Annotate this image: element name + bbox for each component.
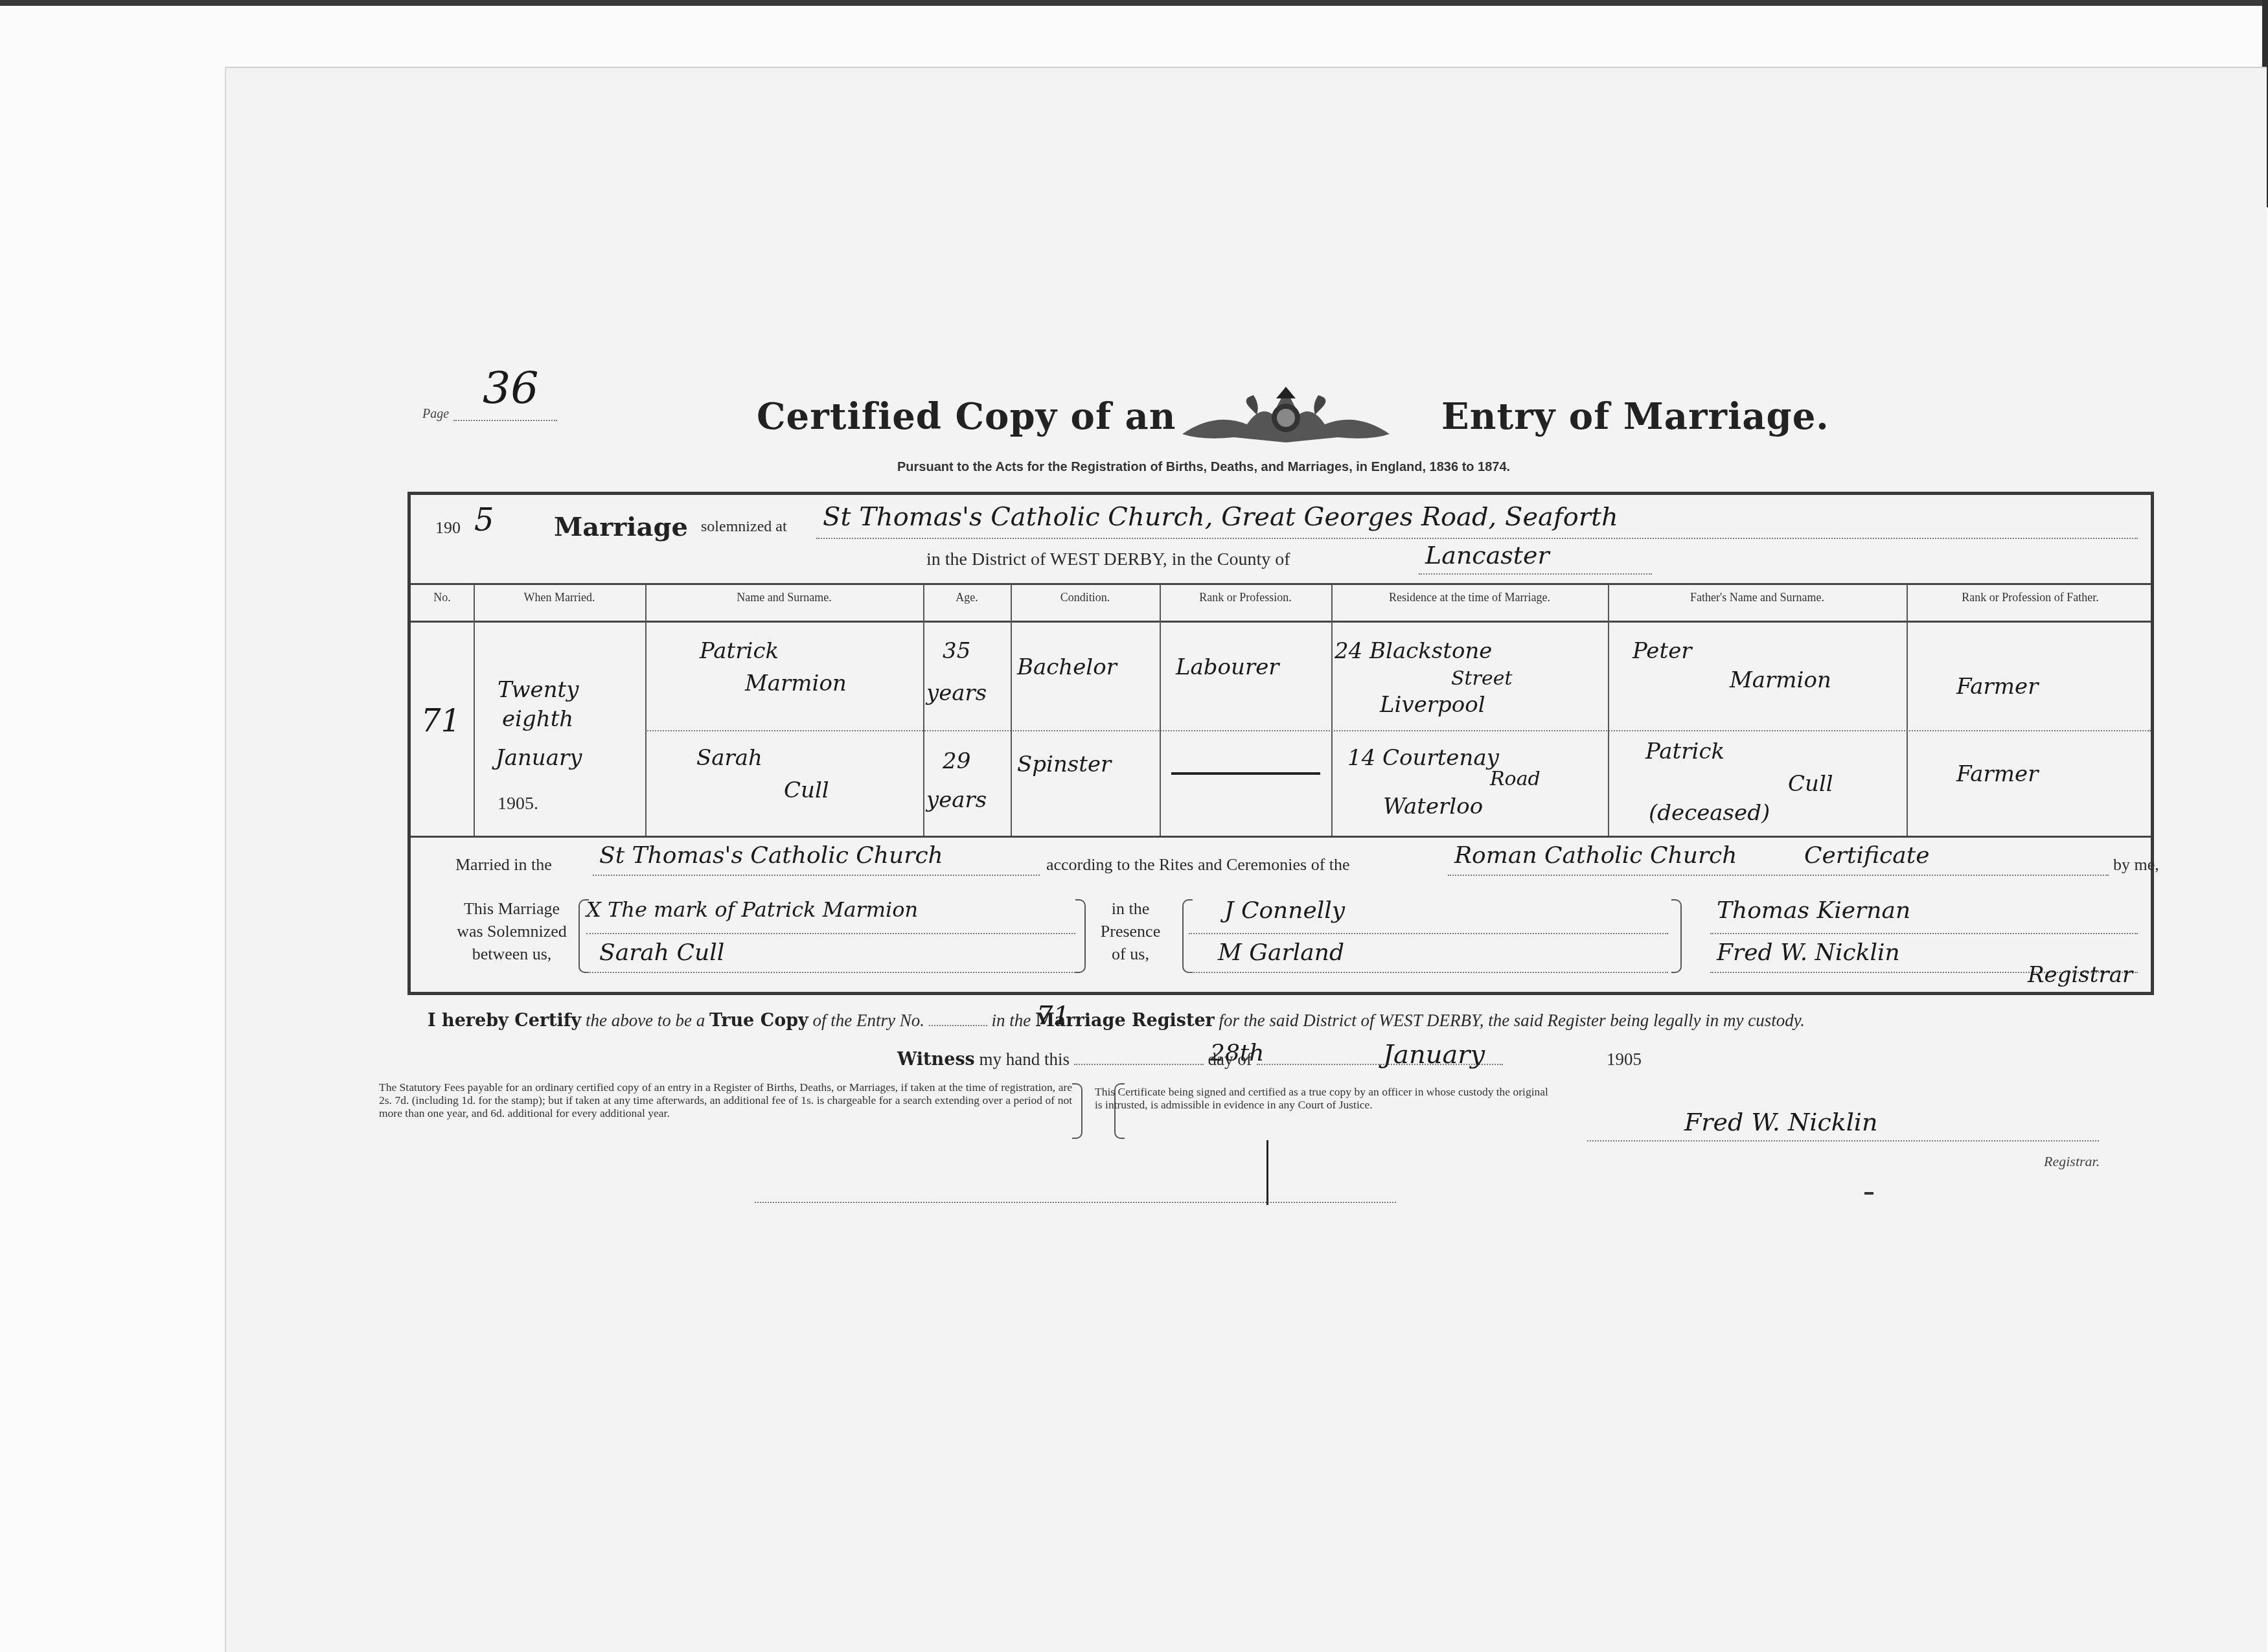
witness-2-signature: M Garland — [1218, 939, 1344, 966]
row-divider — [645, 730, 2151, 731]
royal-crest-icon — [1176, 385, 1396, 444]
witness-line-1 — [1189, 933, 1668, 934]
witness-mid-text: my hand this — [979, 1050, 1070, 1069]
col-divider-1 — [474, 584, 475, 836]
presence-label-line2: Presence — [1098, 920, 1163, 943]
col-header-father-rank: Rank or Profession of Father. — [1907, 591, 2154, 604]
when-married-line1: Twenty — [498, 677, 578, 703]
bride-surname: Cull — [784, 777, 829, 803]
solemnized-between-label: This Marriage was Solemnized between us, — [453, 897, 570, 965]
district-county-text: in the District of WEST DERBY, in the Co… — [926, 549, 1290, 570]
bride-age-unit: years — [926, 787, 987, 813]
col-divider-2 — [645, 584, 647, 836]
when-married-line2: eighth — [502, 706, 573, 732]
col-header-no: No. — [411, 591, 474, 604]
groom-surname: Marmion — [745, 671, 847, 696]
page-label: Page — [422, 407, 449, 422]
according-to-label: according to the Rites and Ceremonies of… — [1046, 855, 1350, 875]
when-married-line3: January — [496, 745, 582, 771]
entry-number: 71 — [421, 703, 461, 739]
county-dotted-line — [1419, 573, 1652, 575]
col-divider-4 — [1011, 584, 1012, 836]
place-dotted-line — [816, 538, 2138, 539]
bride-condition: Spinster — [1017, 751, 1111, 777]
scanner-top-edge — [0, 0, 2268, 6]
groom-condition: Bachelor — [1017, 654, 1117, 680]
presence-label-line3: of us, — [1098, 943, 1163, 965]
bride-rank-blank-dash — [1171, 772, 1320, 775]
witness-left-brace — [1182, 899, 1193, 973]
witness-right-brace — [1671, 899, 1682, 973]
solemnized-label-line3: between us, — [453, 943, 570, 965]
certify-text-end: for the said District of WEST DERBY, the… — [1219, 1011, 1805, 1030]
certify-text-3: in the — [991, 1011, 1031, 1030]
witness-year-value: 1905 — [1607, 1050, 1642, 1070]
bride-first-name: Sarah — [696, 745, 762, 771]
bride-father-rank: Farmer — [1956, 761, 2038, 787]
official-line-1 — [1710, 933, 2138, 934]
married-in-label: Married in the — [455, 855, 552, 875]
witness-line-2 — [1189, 972, 1668, 973]
presence-label-line1: in the — [1098, 897, 1163, 920]
bride-father-note: (deceased) — [1649, 800, 1770, 826]
marriage-place: St Thomas's Catholic Church, Great Georg… — [823, 502, 1618, 532]
registrar-signature: Fred W. Nicklin — [1684, 1108, 1878, 1136]
groom-first-name: Patrick — [700, 638, 779, 664]
page-number: 36 — [483, 363, 539, 414]
col-header-age: Age. — [923, 591, 1011, 604]
groom-father-first-name: Peter — [1632, 638, 1692, 664]
col-divider-8 — [1907, 584, 1908, 836]
married-in-value: St Thomas's Catholic Church — [599, 842, 943, 869]
groom-residence-line1: 24 Blackstone — [1334, 638, 1492, 664]
witness-day-value: 28th — [1210, 1040, 1264, 1066]
registrar-title-entry: Registrar — [2028, 962, 2133, 988]
table-top-rule — [411, 583, 2151, 585]
groom-father-surname: Marmion — [1730, 667, 1831, 693]
col-header-name: Name and Surname. — [645, 591, 923, 604]
witness-1-signature: J Connelly — [1224, 897, 1345, 924]
by-me-label: by me, — [2113, 855, 2159, 875]
solemnized-label-line1: This Marriage — [453, 897, 570, 920]
col-divider-5 — [1160, 584, 1161, 836]
registrar-signature-entry: Fred W. Nicklin — [1717, 939, 1900, 966]
title-entry-of-marriage: Entry of Marriage. — [1441, 395, 1829, 438]
solemnized-label-line2: was Solemnized — [453, 920, 570, 943]
bottom-dotted-rule — [755, 1202, 1396, 1203]
groom-residence-line3: Liverpool — [1380, 692, 1485, 718]
groom-rank: Labourer — [1176, 654, 1279, 680]
groom-age: 35 — [943, 638, 970, 664]
party-bride-signature: Sarah Cull — [599, 939, 724, 966]
col-header-residence: Residence at the time of Marriage. — [1331, 591, 1608, 604]
bride-residence-line3: Waterloo — [1383, 794, 1483, 820]
day-dotted-line — [1074, 1064, 1204, 1065]
witness-month-value: January — [1383, 1040, 1485, 1070]
entry-no-dotted-line — [929, 1025, 987, 1026]
rites-dotted-line — [1448, 875, 2109, 876]
certification-statement: I hereby Certify the above to be a True … — [428, 1011, 1805, 1031]
registrar-tick-mark — [1864, 1192, 1873, 1195]
groom-age-unit: years — [926, 680, 987, 706]
header-bottom-rule — [411, 621, 2151, 623]
parties-right-brace — [1075, 899, 1086, 973]
col-header-rank: Rank or Profession. — [1160, 591, 1331, 604]
evidence-admissible-note: This Certificate being signed and certif… — [1095, 1085, 1548, 1111]
bride-residence-line2: Road — [1490, 768, 1541, 790]
col-divider-7 — [1608, 584, 1609, 836]
married-in-dotted-line — [593, 875, 1040, 876]
groom-residence-line2: Street — [1451, 667, 1513, 690]
fold-mark — [1266, 1140, 1268, 1205]
bride-age: 29 — [943, 748, 970, 774]
witness-label: Witness — [897, 1050, 975, 1070]
bride-father-surname: Cull — [1788, 771, 1833, 797]
year-suffix: 5 — [474, 502, 494, 538]
groom-father-rank: Farmer — [1956, 674, 2038, 700]
true-copy-label: True Copy — [709, 1011, 808, 1031]
statutory-fees-note: The Statutory Fees payable for an ordina… — [379, 1081, 1072, 1119]
col-header-father-name: Father's Name and Surname. — [1608, 591, 1907, 604]
table-bottom-rule — [411, 836, 2151, 838]
party-line-1 — [586, 933, 1075, 934]
solemnized-at-label: solemnized at — [701, 518, 787, 536]
col-header-condition: Condition. — [1011, 591, 1160, 604]
col-header-when-married: When Married. — [474, 591, 645, 604]
title-certified-copy: Certified Copy of an — [757, 395, 1176, 438]
certified-entry-number: 71 — [1037, 1001, 1070, 1031]
party-line-2 — [586, 972, 1075, 973]
by-certificate-value: Certificate — [1804, 842, 1929, 869]
marriage-heading: Marriage — [554, 512, 688, 542]
col-divider-3 — [923, 584, 924, 836]
county-value: Lancaster — [1425, 541, 1550, 569]
certify-text-2: of the Entry No. — [812, 1011, 924, 1030]
certify-text-1: the above to be a — [586, 1011, 705, 1030]
party-groom-signature: X The mark of Patrick Marmion — [586, 897, 918, 922]
bride-residence-line1: 14 Courtenay — [1347, 745, 1499, 771]
registrar-label: Registrar. — [2044, 1153, 2100, 1170]
certify-prefix: I hereby Certify — [428, 1011, 581, 1031]
registrar-signature-line — [1587, 1140, 2099, 1141]
presence-label: in the Presence of us, — [1098, 897, 1163, 965]
year-prefix: 190 — [435, 518, 461, 538]
fees-right-brace — [1072, 1083, 1082, 1139]
minister-signature: Thomas Kiernan — [1717, 897, 1910, 924]
pursuant-acts-text: Pursuant to the Acts for the Registratio… — [897, 460, 1510, 475]
col-divider-6 — [1331, 584, 1333, 836]
rites-value: Roman Catholic Church — [1454, 842, 1737, 869]
bride-father-first-name: Patrick — [1645, 739, 1724, 764]
when-married-year: 1905. — [498, 794, 538, 814]
